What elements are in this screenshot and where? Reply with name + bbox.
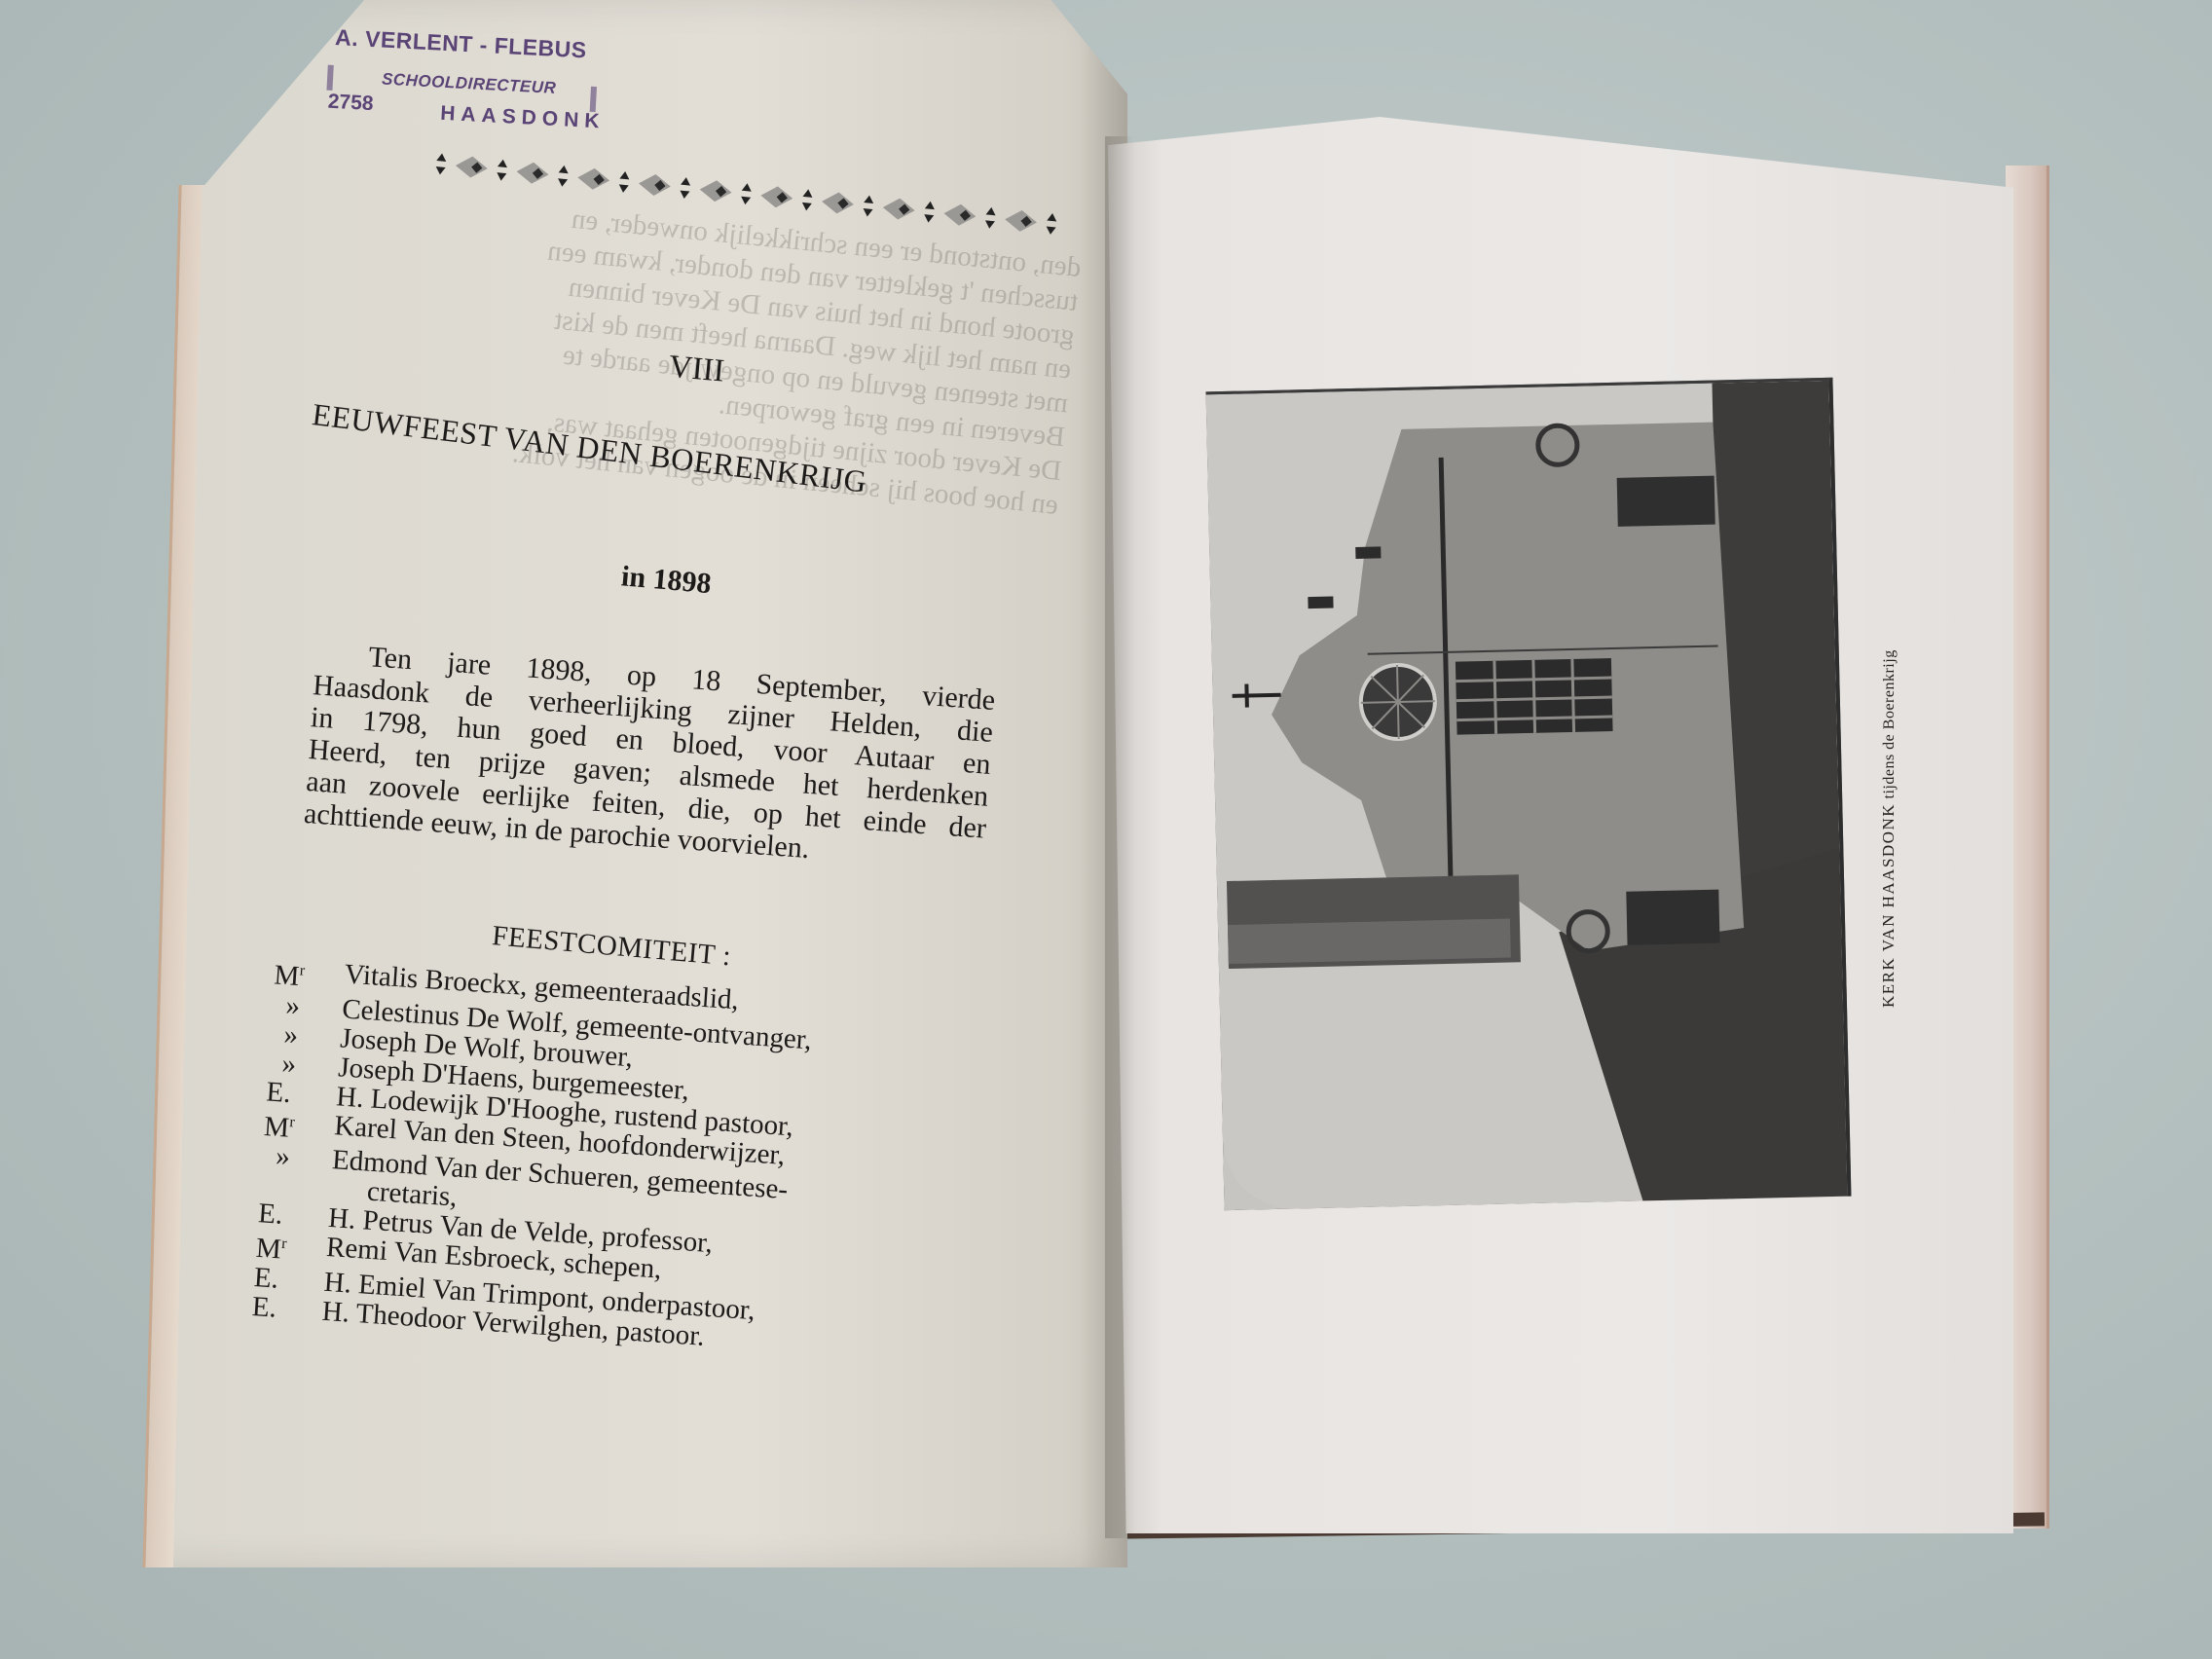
- ornament-triangle-icon: [924, 201, 936, 223]
- ornament-triangle-icon: [680, 177, 691, 200]
- ornament-triangle-icon: [1046, 213, 1057, 236]
- ornament-triangle-icon: [435, 153, 447, 175]
- ornament-triangle-icon: [801, 189, 813, 211]
- ornament-triangle-icon: [497, 159, 508, 181]
- book-gutter-shadow: [1105, 136, 1134, 1538]
- ornament-triangle-icon: [984, 206, 996, 229]
- ornament-diamond-icon: [638, 172, 672, 197]
- chapter-number: VIII: [668, 350, 726, 390]
- ornament-triangle-icon: [618, 170, 630, 193]
- member-prefix: Mr: [263, 1106, 335, 1145]
- photo-caption: KERK VAN HAASDONK tijdens de Boerenkrijg: [1879, 649, 1899, 1008]
- ornament-diamond-icon: [455, 155, 489, 179]
- member-prefix: »: [261, 1141, 333, 1175]
- ornament-diamond-icon: [1004, 208, 1038, 233]
- ornament-diamond-icon: [699, 179, 733, 203]
- member-prefix: E.: [251, 1292, 323, 1326]
- member-prefix: Mr: [274, 955, 346, 994]
- church-facade-image: [1206, 381, 1848, 1210]
- ornament-triangle-icon: [740, 183, 752, 205]
- stamp-postcode: 2758: [327, 91, 374, 116]
- ornament-diamond-icon: [576, 166, 610, 191]
- ornament-diamond-icon: [821, 191, 855, 215]
- member-prefix: E.: [266, 1077, 338, 1111]
- ornament-triangle-icon: [557, 165, 569, 187]
- ornament-triangle-icon: [863, 195, 874, 217]
- ornament-diamond-icon: [516, 161, 550, 185]
- member-prefix: »: [270, 1018, 342, 1052]
- caption-title: KERK VAN HAASDONK: [1879, 803, 1898, 1008]
- member-prefix: »: [272, 989, 344, 1023]
- member-prefix: E.: [257, 1199, 329, 1234]
- ornament-diamond-icon: [942, 203, 977, 227]
- open-book: A. VERLENT - FLEBUS SCHOOLDIRECTEUR 2758…: [0, 0, 2212, 1659]
- member-prefix: Mr: [255, 1228, 327, 1267]
- committee-member-list: Mr Vitalis Broeckx, gemeenteraadslid, » …: [251, 955, 975, 1368]
- ornament-diamond-icon: [882, 197, 916, 221]
- ornament-diamond-icon: [759, 185, 793, 209]
- caption-subtitle: tijdens de Boerenkrijg: [1881, 649, 1898, 798]
- church-photograph: [1206, 378, 1852, 1210]
